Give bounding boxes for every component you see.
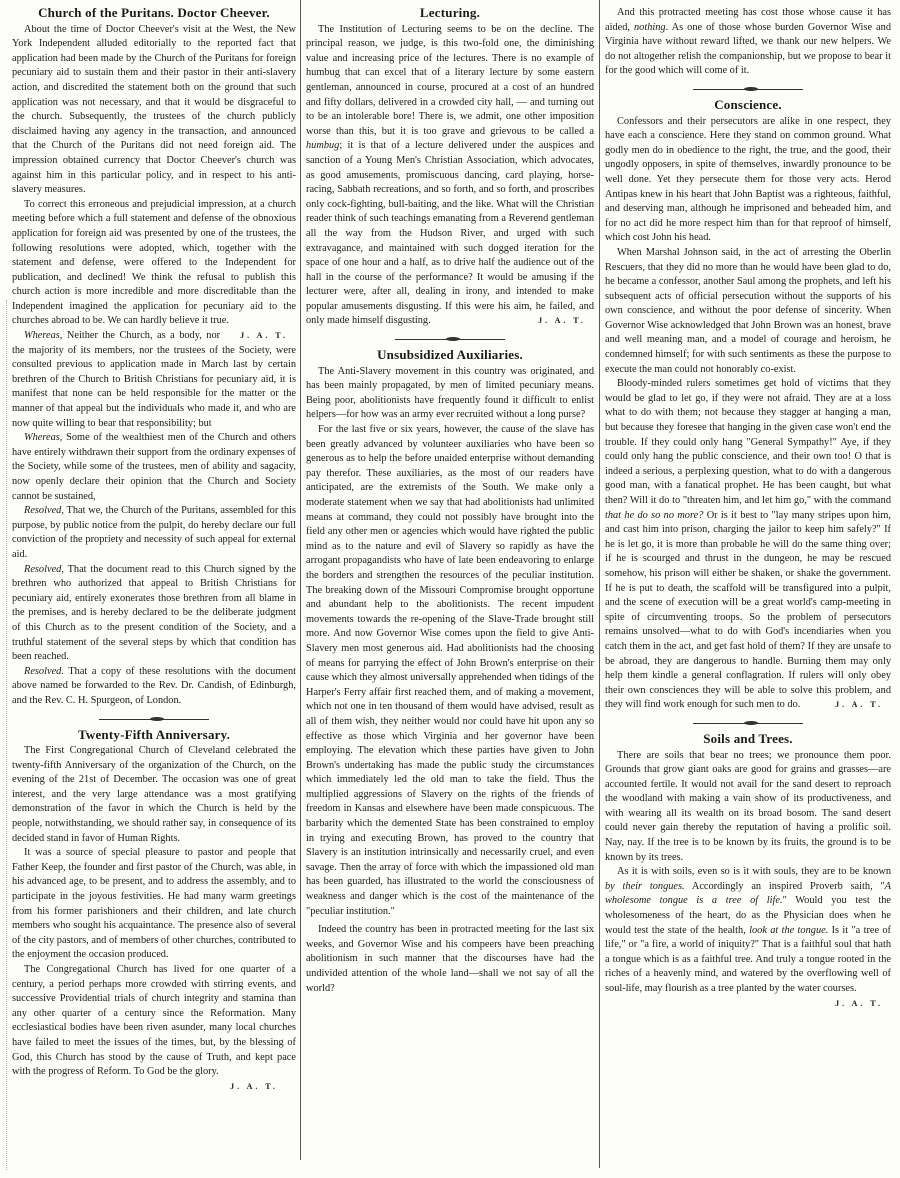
- section-divider: [395, 336, 505, 343]
- paragraph: It was a source of special pleasure to p…: [12, 846, 296, 963]
- section-divider: [693, 86, 803, 93]
- article-continuation: And this protracted meeting has cost tho…: [605, 6, 891, 79]
- paragraph: To correct this erroneous and prejudicia…: [12, 198, 296, 329]
- paragraph: For the last five or six years, however,…: [306, 423, 594, 919]
- article-twenty-fifth-anniversary: Twenty-Fifth Anniversary. The First Cong…: [12, 728, 296, 1095]
- article-title: Unsubsidized Auxiliaries.: [306, 348, 594, 363]
- resolution-whereas-1: Whereas, Neither the Church, as a body, …: [12, 329, 296, 431]
- article-soils-and-trees: Soils and Trees. There are soils that be…: [605, 732, 891, 997]
- emphasis: nothing: [634, 22, 666, 33]
- signature: J. A. T.: [526, 314, 594, 329]
- section-divider: [99, 716, 209, 723]
- lead-word: Resolved.: [24, 666, 64, 677]
- page-edge-dots: [6, 300, 8, 1170]
- column-3: And this protracted meeting has cost tho…: [605, 6, 891, 1011]
- paragraph: When Marshal Johnson said, in the act of…: [605, 246, 891, 377]
- lead-word: Whereas,: [24, 330, 62, 341]
- paragraph: The Institution of Lecturing seems to be…: [306, 23, 594, 329]
- article-title: Conscience.: [605, 98, 891, 113]
- emphasis: look at the tongue.: [749, 925, 828, 936]
- paragraph: Confessors and their persecutors are ali…: [605, 115, 891, 246]
- column-rule: [300, 0, 301, 1160]
- resolution-resolved-1: Resolved, That we, the Church of the Pur…: [12, 504, 296, 562]
- paragraph: The Anti-Slavery movement in this countr…: [306, 365, 594, 423]
- lead-word: Whereas,: [24, 432, 62, 443]
- paragraph: About the time of Doctor Cheever's visit…: [12, 23, 296, 198]
- paragraph-text: ; it is that of a lecture delivered unde…: [306, 140, 594, 326]
- paragraph: The First Congregational Church of Cleve…: [12, 744, 296, 846]
- paragraph-text: Bloody-minded rulers sometimes get hold …: [605, 378, 891, 506]
- article-title: Lecturing.: [306, 6, 594, 21]
- paragraph-text: As it is with soils, even so is it with …: [617, 866, 891, 877]
- article-unsubsidized-auxiliaries: Unsubsidized Auxiliaries. The Anti-Slave…: [306, 348, 594, 996]
- paragraph-text: That the document read to this Church si…: [12, 564, 296, 663]
- paragraph: And this protracted meeting has cost tho…: [605, 6, 891, 79]
- emphasis: that he do so no more?: [605, 510, 703, 521]
- article-title: Church of the Puritans. Doctor Cheever.: [12, 6, 296, 21]
- section-divider: [693, 720, 803, 727]
- column-1: Church of the Puritans. Doctor Cheever. …: [12, 6, 296, 1094]
- column-rule: [599, 0, 600, 1168]
- signature: J. A. T.: [823, 698, 891, 713]
- column-2: Lecturing. The Institution of Lecturing …: [306, 6, 594, 996]
- newspaper-page: Church of the Puritans. Doctor Cheever. …: [0, 0, 900, 1178]
- paragraph-text: Accordingly an inspired Proverb saith, ": [685, 881, 885, 892]
- paragraph: Indeed the country has been in protracte…: [306, 923, 594, 996]
- lead-word: Resolved,: [24, 564, 64, 575]
- article-conscience: Conscience. Confessors and their persecu…: [605, 98, 891, 713]
- lead-word: Resolved,: [24, 505, 64, 516]
- signature: J. A. T.: [228, 329, 296, 344]
- emphasis: humbug: [306, 140, 339, 151]
- article-title: Twenty-Fifth Anniversary.: [12, 728, 296, 743]
- paragraph: As it is with soils, even so is it with …: [605, 865, 891, 996]
- resolution-whereas-2: Whereas, Some of the wealthiest men of t…: [12, 431, 296, 504]
- signature: J. A. T.: [12, 1080, 296, 1095]
- article-church-of-the-puritans: Church of the Puritans. Doctor Cheever. …: [12, 6, 296, 709]
- resolution-resolved-3: Resolved. That a copy of these resolutio…: [12, 665, 296, 709]
- paragraph: Bloody-minded rulers sometimes get hold …: [605, 377, 891, 713]
- resolution-resolved-2: Resolved, That the document read to this…: [12, 563, 296, 665]
- article-lecturing: Lecturing. The Institution of Lecturing …: [306, 6, 594, 329]
- emphasis: by their tongues.: [605, 881, 685, 892]
- signature: J. A. T.: [823, 997, 891, 1012]
- paragraph: There are soils that bear no trees; we p…: [605, 749, 891, 866]
- paragraph-text: The Institution of Lecturing seems to be…: [306, 24, 594, 137]
- paragraph: The Congregational Church has lived for …: [12, 963, 296, 1080]
- paragraph-text: To correct this erroneous and prejudicia…: [12, 199, 296, 327]
- paragraph-text: Or is it best to "lay many stripes upon …: [605, 510, 891, 711]
- paragraph-text: Neither the Church, as a body, nor the m…: [12, 330, 296, 429]
- article-title: Soils and Trees.: [605, 732, 891, 747]
